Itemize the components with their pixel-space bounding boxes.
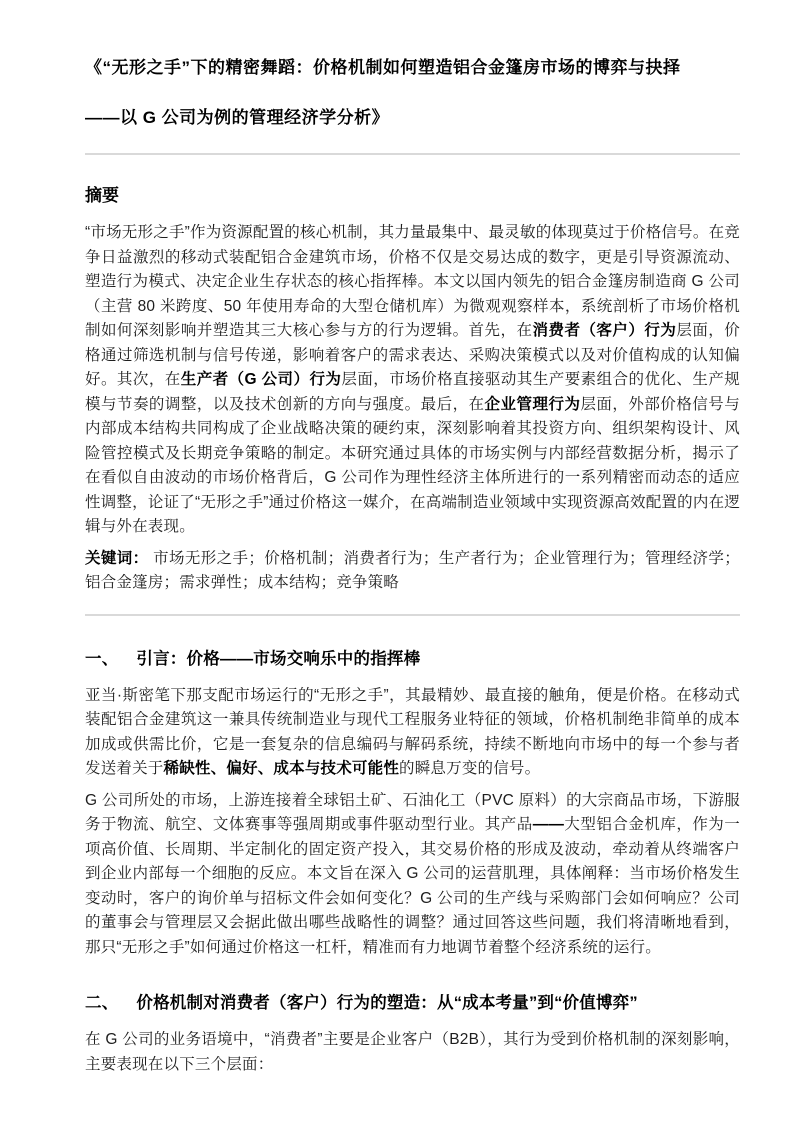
document-title-line-2: ——以 G 公司为例的管理经济学分析》 — [85, 106, 740, 130]
section-1-number: 一、 — [85, 647, 118, 671]
horizontal-rule-top — [85, 153, 740, 155]
horizontal-rule-keywords — [85, 614, 740, 616]
section-1-heading-text: 引言：价格——市场交响乐中的指挥棒 — [136, 650, 420, 668]
abstract-heading: 摘要 — [85, 184, 740, 208]
section-1-heading: 一、引言：价格——市场交响乐中的指挥棒 — [85, 647, 740, 671]
section-2-paragraph-1: 在 G 公司的业务语境中，“消费者”主要是企业客户（B2B），其行为受到价格机制… — [85, 1028, 740, 1077]
section-1-paragraph-2: G 公司所处的市场，上游连接着全球铝土矿、石油化工（PVC 原料）的大宗商品市场… — [85, 789, 740, 961]
section-1-paragraph-1: 亚当·斯密笔下那支配市场运行的“无形之手”，其最精妙、最直接的触角，便是价格。在… — [85, 684, 740, 782]
section-2-number: 二、 — [85, 991, 118, 1015]
keywords-paragraph: 关键词： 市场无形之手；价格机制；消费者行为；生产者行为；企业管理行为；管理经济… — [85, 547, 740, 596]
abstract-paragraph: “市场无形之手”作为资源配置的核心机制，其力量最集中、最灵敏的体现莫过于价格信号… — [85, 221, 740, 540]
section-2-heading-text: 价格机制对消费者（客户）行为的塑造：从“成本考量”到“价值博弈” — [136, 994, 637, 1012]
section-2-heading: 二、价格机制对消费者（客户）行为的塑造：从“成本考量”到“价值博弈” — [85, 991, 740, 1015]
document-page: 《“无形之手”下的精密舞蹈：价格机制如何塑造铝合金篷房市场的博弈与抉择 ——以 … — [0, 0, 793, 1122]
document-title-line-1: 《“无形之手”下的精密舞蹈：价格机制如何塑造铝合金篷房市场的博弈与抉择 — [85, 56, 740, 80]
